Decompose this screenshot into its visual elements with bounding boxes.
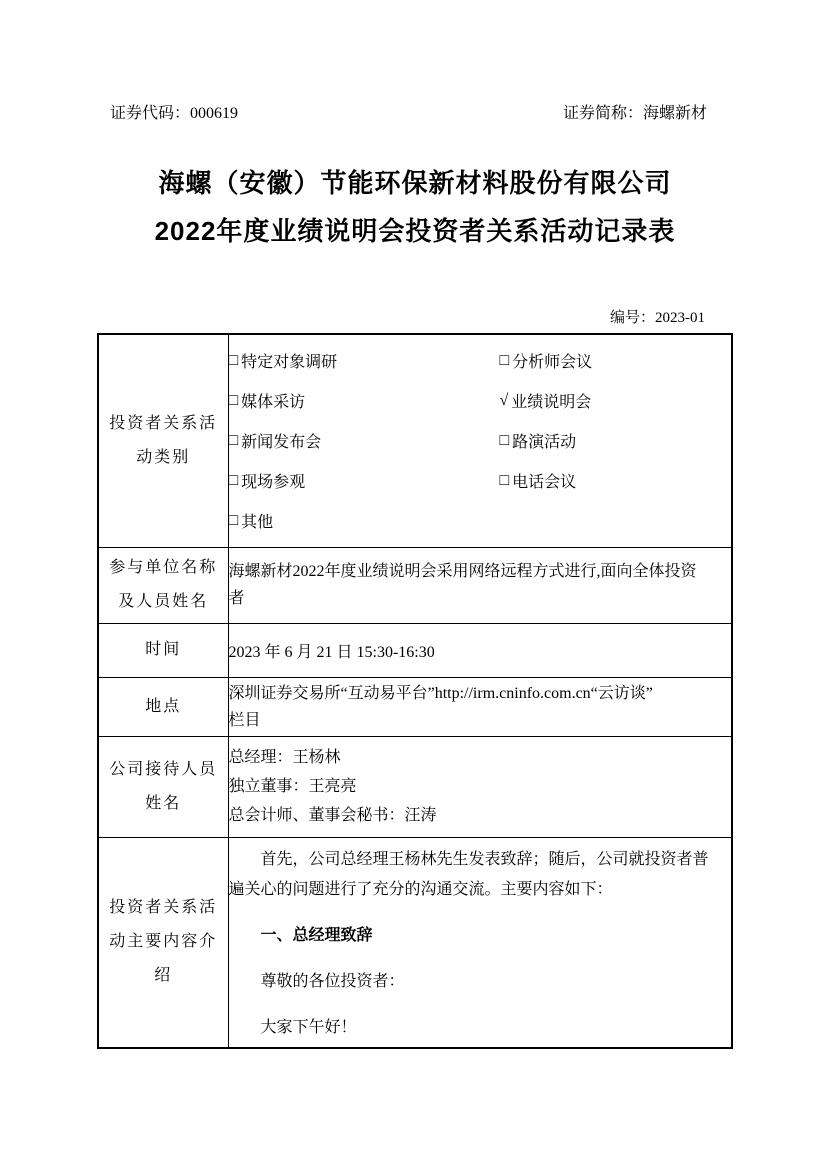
participants-content: 海螺新材2022年度业绩说明会采用网络远程方式进行,面向全体投资 者 xyxy=(228,547,732,623)
receptionists-label: 公司接待人员 姓名 xyxy=(98,736,228,837)
option-label: 现场参观 xyxy=(241,469,305,492)
label-line: 投资者关系活 xyxy=(99,891,228,925)
option-earnings-briefing: √ 业绩说明会 xyxy=(500,389,592,412)
checkbox-unchecked-icon: □ xyxy=(500,472,510,490)
content-line: 海螺新材2022年度业绩说明会采用网络远程方式进行,面向全体投资 xyxy=(229,558,732,585)
checkbox-unchecked-icon: □ xyxy=(229,432,239,450)
option-row: □ 现场参观 □ 电话会议 xyxy=(229,461,732,501)
option-site-visit: □ 现场参观 xyxy=(229,469,500,492)
option-label: 路演活动 xyxy=(512,429,576,452)
receptionist-line: 总经理：王杨林 xyxy=(229,743,732,772)
label-line: 绍 xyxy=(99,959,228,993)
option-label: 媒体采访 xyxy=(241,389,305,412)
label-line: 动类别 xyxy=(99,441,228,475)
option-media-interview: □ 媒体采访 xyxy=(229,389,500,412)
record-table: 投资者关系活 动类别 □ 特定对象调研 □ 分析师会议 □ xyxy=(97,333,733,1049)
checkbox-unchecked-icon: □ xyxy=(229,352,239,370)
receptionist-line: 总会计师、董事会秘书：汪涛 xyxy=(229,801,732,830)
row-location: 地点 深圳证券交易所“互动易平台”http://irm.cninfo.com.c… xyxy=(98,677,732,736)
label-line: 姓名 xyxy=(99,787,228,821)
content-line: 深圳证券交易所“互动易平台”http://irm.cninfo.com.cn“云… xyxy=(229,680,732,707)
label-line: 参与单位名称 xyxy=(99,551,228,585)
label-line: 动主要内容介 xyxy=(99,925,228,959)
option-label: 业绩说明会 xyxy=(511,389,591,412)
check-mark-icon: √ xyxy=(500,392,509,410)
checkbox-unchecked-icon: □ xyxy=(229,472,239,490)
label-line: 时间 xyxy=(99,633,228,667)
option-label: 新闻发布会 xyxy=(241,429,321,452)
paragraph: 大家下午好！ xyxy=(229,1017,732,1039)
receptionists-content: 总经理：王杨林 独立董事：王亮亮 总会计师、董事会秘书：汪涛 xyxy=(228,736,732,837)
label-line: 及人员姓名 xyxy=(99,585,228,619)
document-page: 证券代码：000619 证券简称：海螺新材 海螺（安徽）节能环保新材料股份有限公… xyxy=(97,0,733,1049)
option-row: □ 新闻发布会 □ 路演活动 xyxy=(229,421,732,461)
content-line: 2023 年 6 月 21 日 15:30-16:30 xyxy=(229,639,732,662)
row-time: 时间 2023 年 6 月 21 日 15:30-16:30 xyxy=(98,623,732,677)
option-label: 其他 xyxy=(241,509,273,532)
main-content-body: 首先，公司总经理王杨林先生发表致辞；随后，公司就投资者普 遍关心的问题进行了充分… xyxy=(228,837,732,1048)
receptionist-line: 独立董事：王亮亮 xyxy=(229,772,732,801)
participants-label: 参与单位名称 及人员姓名 xyxy=(98,547,228,623)
checkbox-unchecked-icon: □ xyxy=(500,352,510,370)
stock-abbr: 证券简称：海螺新材 xyxy=(563,104,707,124)
section-heading: 一、总经理致辞 xyxy=(229,925,732,947)
row-main-content: 投资者关系活 动主要内容介 绍 首先，公司总经理王杨林先生发表致辞；随后，公司就… xyxy=(98,837,732,1048)
time-label: 时间 xyxy=(98,623,228,677)
time-content: 2023 年 6 月 21 日 15:30-16:30 xyxy=(228,623,732,677)
option-row: □ 媒体采访 √ 业绩说明会 xyxy=(229,381,732,421)
option-label: 分析师会议 xyxy=(512,349,592,372)
doc-title-line2: 2022年度业绩说明会投资者关系活动记录表 xyxy=(97,214,733,248)
option-row: □ 特定对象调研 □ 分析师会议 xyxy=(229,341,732,381)
label-line: 投资者关系活 xyxy=(99,407,228,441)
activity-type-label: 投资者关系活 动类别 xyxy=(98,334,228,547)
doc-number: 编号：2023-01 xyxy=(97,308,733,328)
checkbox-unchecked-icon: □ xyxy=(229,512,239,530)
row-activity-type: 投资者关系活 动类别 □ 特定对象调研 □ 分析师会议 □ xyxy=(98,334,732,547)
option-analyst-meeting: □ 分析师会议 xyxy=(500,349,593,372)
checkbox-unchecked-icon: □ xyxy=(500,432,510,450)
stock-code: 证券代码：000619 xyxy=(110,104,238,124)
content-line: 者 xyxy=(229,585,732,612)
checkbox-unchecked-icon: □ xyxy=(229,392,239,410)
content-line: 栏目 xyxy=(229,707,732,734)
doc-title-line1: 海螺（安徽）节能环保新材料股份有限公司 xyxy=(97,166,733,200)
option-roadshow: □ 路演活动 xyxy=(500,429,577,452)
activity-type-options: □ 特定对象调研 □ 分析师会议 □ 媒体采访 √ 业绩说明会 xyxy=(228,334,732,547)
main-content-label: 投资者关系活 动主要内容介 绍 xyxy=(98,837,228,1048)
location-content: 深圳证券交易所“互动易平台”http://irm.cninfo.com.cn“云… xyxy=(228,677,732,736)
option-label: 特定对象调研 xyxy=(241,349,337,372)
option-conference-call: □ 电话会议 xyxy=(500,469,577,492)
option-specific-object-research: □ 特定对象调研 xyxy=(229,349,500,372)
option-row: □ 其他 xyxy=(229,501,732,541)
paragraph: 尊敬的各位投资者： xyxy=(229,971,732,993)
row-receptionists: 公司接待人员 姓名 总经理：王杨林 独立董事：王亮亮 总会计师、董事会秘书：汪涛 xyxy=(98,736,732,837)
intro-line: 遍关心的问题进行了充分的沟通交流。主要内容如下： xyxy=(229,875,732,905)
option-other: □ 其他 xyxy=(229,509,500,532)
option-press-conference: □ 新闻发布会 xyxy=(229,429,500,452)
option-label: 电话会议 xyxy=(512,469,576,492)
row-participants: 参与单位名称 及人员姓名 海螺新材2022年度业绩说明会采用网络远程方式进行,面… xyxy=(98,547,732,623)
location-label: 地点 xyxy=(98,677,228,736)
label-line: 地点 xyxy=(99,690,228,724)
label-line: 公司接待人员 xyxy=(99,753,228,787)
intro-line: 首先，公司总经理王杨林先生发表致辞；随后，公司就投资者普 xyxy=(229,845,732,875)
doc-header: 证券代码：000619 证券简称：海螺新材 xyxy=(97,104,733,124)
